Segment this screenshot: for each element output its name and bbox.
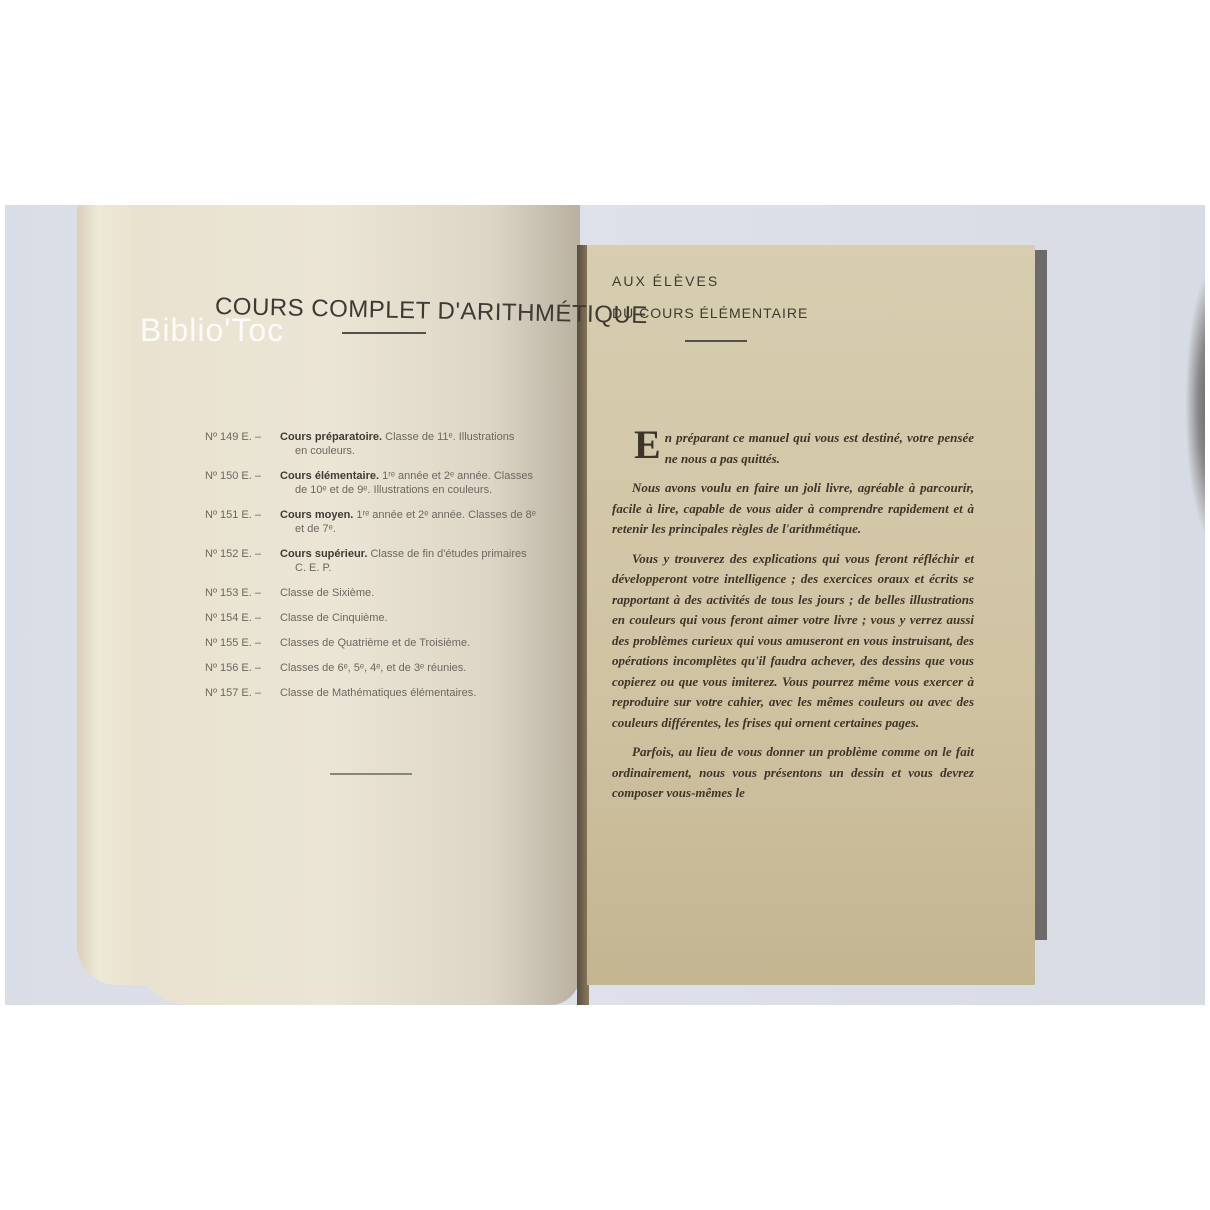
back-cover-edge <box>1035 250 1047 940</box>
entry-text: Cours moyen. 1ʳᵉ année et 2ᵉ année. Clas… <box>280 508 536 523</box>
list-item: Nº 152 E. –Cours supérieur. Classe de fi… <box>205 547 575 576</box>
entry-continuation: et de 7ᵉ. <box>205 522 575 537</box>
entry-number: Nº 150 E. – <box>205 469 280 484</box>
entry-text: Classe de Sixième. <box>280 586 374 601</box>
list-item: Nº 150 E. –Cours élémentaire. 1ʳᵉ année … <box>205 469 575 498</box>
title-rule <box>342 332 426 334</box>
right-heading-line1: AUX ÉLÈVES <box>612 273 719 289</box>
entry-number: Nº 151 E. – <box>205 508 280 523</box>
preface-paragraph: En préparant ce manuel qui vous est dest… <box>612 428 974 469</box>
right-heading-line2: DU COURS ÉLÉMENTAIRE <box>612 305 808 321</box>
entry-continuation: de 10ᵉ et de 9ᵉ. Illustrations en couleu… <box>205 483 575 498</box>
list-item: Nº 157 E. –Classe de Mathématiques éléme… <box>205 686 575 701</box>
list-item: Nº 155 E. –Classes de Quatrième et de Tr… <box>205 636 575 651</box>
entry-text: Classes de 6ᵉ, 5ᵉ, 4ᵉ, et de 3ᵉ réunies. <box>280 661 466 676</box>
publication-list: Nº 149 E. –Cours préparatoire. Classe de… <box>205 430 575 711</box>
list-item: Nº 149 E. –Cours préparatoire. Classe de… <box>205 430 575 459</box>
watermark-logo: Biblio'Toc <box>140 312 284 349</box>
entry-number: Nº 149 E. – <box>205 430 280 445</box>
preface-paragraph: Vous y trouverez des explications qui vo… <box>612 549 974 734</box>
bottom-rule <box>330 773 412 775</box>
preface-text: En préparant ce manuel qui vous est dest… <box>612 428 974 813</box>
entry-text: Cours préparatoire. Classe de 11ᵉ. Illus… <box>280 430 514 445</box>
entry-text: Cours supérieur. Classe de fin d'études … <box>280 547 527 562</box>
entry-text: Cours élémentaire. 1ʳᵉ année et 2ᵉ année… <box>280 469 533 484</box>
blurred-object <box>1185 265 1205 545</box>
entry-number: Nº 155 E. – <box>205 636 280 651</box>
entry-continuation: en couleurs. <box>205 444 575 459</box>
entry-number: Nº 157 E. – <box>205 686 280 701</box>
list-item: Nº 154 E. –Classe de Cinquième. <box>205 611 575 626</box>
preface-paragraph: Parfois, au lieu de vous donner un probl… <box>612 742 974 804</box>
entry-number: Nº 156 E. – <box>205 661 280 676</box>
list-item: Nº 153 E. –Classe de Sixième. <box>205 586 575 601</box>
entry-number: Nº 153 E. – <box>205 586 280 601</box>
entry-number: Nº 152 E. – <box>205 547 280 562</box>
drop-cap: E <box>634 430 661 460</box>
list-item: Nº 151 E. –Cours moyen. 1ʳᵉ année et 2ᵉ … <box>205 508 575 537</box>
preface-paragraph: Nous avons voulu en faire un joli livre,… <box>612 478 974 540</box>
entry-text: Classe de Mathématiques élémentaires. <box>280 686 476 701</box>
entry-text: Classe de Cinquième. <box>280 611 388 626</box>
entry-text: Classes de Quatrième et de Troisième. <box>280 636 470 651</box>
list-item: Nº 156 E. –Classes de 6ᵉ, 5ᵉ, 4ᵉ, et de … <box>205 661 575 676</box>
entry-continuation: C. E. P. <box>205 561 575 576</box>
heading-rule <box>685 340 747 342</box>
entry-number: Nº 154 E. – <box>205 611 280 626</box>
